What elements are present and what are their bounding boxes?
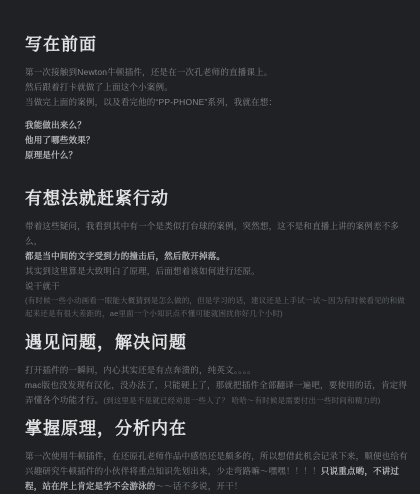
question-line: 原理是什么？ bbox=[25, 148, 408, 163]
section-master-principles: 掌握原理，分析内在 第一次使用牛顿插件，在还原孔老师作品中感悟还是颇多的，所以想… bbox=[25, 419, 408, 494]
question-line: 他用了哪些效果？ bbox=[25, 133, 408, 148]
section-heading: 掌握原理，分析内在 bbox=[25, 419, 408, 439]
section-take-action: 有想法就赶紧行动 带着这些疑问，我看到其中有一个是类似打台球的案例，突然想，这不… bbox=[25, 189, 408, 320]
article-page: 写在前面 第一次接触到Newton牛顿插件，还是在一次孔老师的直播课上。 然后跟… bbox=[0, 0, 420, 494]
problem-paragraph: 打开插件的一瞬间，内心其实还是有点奔溃的，纯英文。。。。 mac版也没发现有汉化… bbox=[25, 363, 408, 408]
paragraph-line: 其实到这里算是大致明白了原理，后面想着该如何进行还原。 bbox=[25, 264, 408, 279]
paragraph-line: 打开插件的一瞬间，内心其实还是有点奔溃的，纯英文。。。。 bbox=[25, 363, 408, 378]
question-list: 我能做出来么？ 他用了哪些效果？ 原理是什么？ bbox=[25, 118, 408, 163]
section-heading: 遇见问题，解决问题 bbox=[25, 333, 408, 353]
paragraph-flow: mac版也没发现有汉化，没办法了，只能硬上了，那就把插件全部翻译一遍吧，要使用的… bbox=[25, 378, 408, 408]
paragraph-line: 带着这些疑问，我看到其中有一个是类似打台球的案例，突然想，这不是和直播上讲的案例… bbox=[25, 219, 408, 249]
question-line: 我能做出来么？ bbox=[25, 118, 408, 133]
section-written-in-front: 写在前面 第一次接触到Newton牛顿插件，还是在一次孔老师的直播课上。 然后跟… bbox=[25, 35, 408, 163]
intro-paragraph: 第一次接触到Newton牛顿插件，还是在一次孔老师的直播课上。 然后跟着打卡就做… bbox=[25, 65, 408, 110]
paragraph-line: 第一次接触到Newton牛顿插件，还是在一次孔老师的直播课上。 bbox=[25, 65, 408, 80]
action-paragraph: 带着这些疑问，我看到其中有一个是类似打台球的案例，突然想，这不是和直播上讲的案例… bbox=[25, 219, 408, 320]
side-note: (有时候一些小动画看一眼能大概猜到是怎么做的，但是学习的话，建议还是上手试一试～… bbox=[25, 294, 408, 320]
paragraph-line-bold: 都是当中间的文字受到力的撞击后，然后散开掉落。 bbox=[25, 249, 408, 264]
paragraph-line: 然后跟着打卡就做了上面这个小案例。 bbox=[25, 80, 408, 95]
section-heading: 有想法就赶紧行动 bbox=[25, 189, 408, 209]
paragraph-line: 说干就干 bbox=[25, 279, 408, 294]
section-heading: 写在前面 bbox=[25, 35, 408, 55]
section-solve-problems: 遇见问题，解决问题 打开插件的一瞬间，内心其实还是有点奔溃的，纯英文。。。。 m… bbox=[25, 333, 408, 408]
closing-paragraph: 第一次使用牛顿插件，在还原孔老师作品中感悟还是颇多的，所以想借此机会记录下来，顺… bbox=[25, 449, 408, 494]
paragraph-line: 当做完上面的案例，以及看完他的“PP-PHONE”系列，我就在想： bbox=[25, 95, 408, 110]
paragraph-text: ～～话不多说，开干！ bbox=[156, 481, 243, 491]
side-note: (到这里是不是就已经劝退一些人了？ 哈哈～有时候是需要付出一些时间和精力的) bbox=[103, 396, 380, 405]
